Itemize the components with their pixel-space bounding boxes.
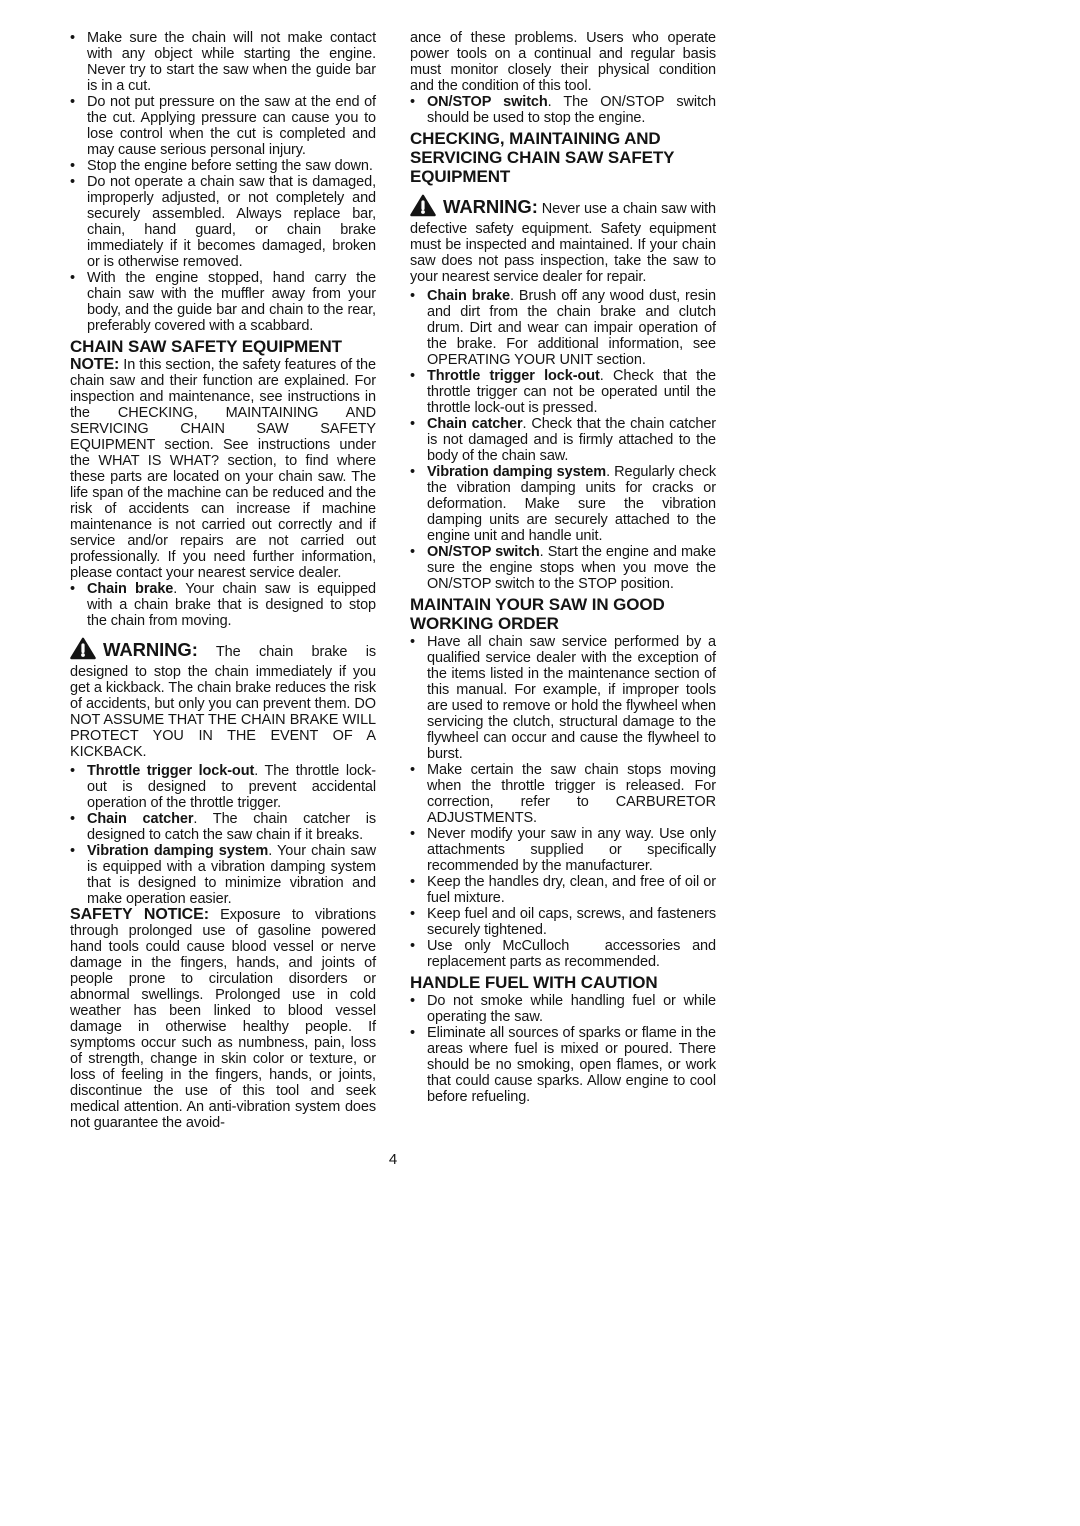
- bullet-marker: •: [410, 874, 427, 906]
- bullet-text: Chain catcher. The chain catcher is desi…: [87, 811, 376, 843]
- bullet-text: Vibration damping system. Regularly chec…: [427, 464, 716, 544]
- bullet-text: Stop the engine before setting the saw d…: [87, 158, 376, 174]
- bullet-marker: •: [410, 634, 427, 762]
- warning-text: WARNING: Never use a chain saw with defe…: [410, 194, 716, 285]
- page-number: 4: [70, 1151, 716, 1168]
- section-heading-maintain-your-saw: MAINTAIN YOUR SAW IN GOOD WORKING ORDER: [410, 595, 716, 633]
- bullet-marker: •: [410, 464, 427, 544]
- bullet-marker: •: [410, 993, 427, 1025]
- section-heading-handle-fuel: HANDLE FUEL WITH CAUTION: [410, 973, 716, 992]
- list-item: • Chain brake. Brush off any wood dust, …: [410, 288, 716, 368]
- bullet-marker: •: [410, 416, 427, 464]
- bullet-text: Do not put pressure on the saw at the en…: [87, 94, 376, 158]
- bullet-text: Make sure the chain will not make contac…: [87, 30, 376, 94]
- list-item: • With the engine stopped, hand carry th…: [70, 270, 376, 334]
- bullet-text: Eliminate all sources of sparks or flame…: [427, 1025, 716, 1105]
- list-item: • Make certain the saw chain stops movin…: [410, 762, 716, 826]
- bullet-text: Do not smoke while handling fuel or whil…: [427, 993, 716, 1025]
- list-item: • Throttle trigger lock-out. The throttl…: [70, 763, 376, 811]
- list-item: • Chain brake. Your chain saw is equippe…: [70, 581, 376, 629]
- list-item: • Chain catcher. Check that the chain ca…: [410, 416, 716, 464]
- bullet-text: Keep the handles dry, clean, and free of…: [427, 874, 716, 906]
- bullet-text: ON/STOP switch. The ON/STOP switch shoul…: [427, 94, 716, 126]
- list-item: • ON/STOP switch. The ON/STOP switch sho…: [410, 94, 716, 126]
- bullet-marker: •: [410, 906, 427, 938]
- bullet-text: Chain catcher. Check that the chain catc…: [427, 416, 716, 464]
- list-item: • Make sure the chain will not make cont…: [70, 30, 376, 94]
- list-item: • Keep the handles dry, clean, and free …: [410, 874, 716, 906]
- bullet-text: Do not operate a chain saw that is damag…: [87, 174, 376, 270]
- list-item: • Chain catcher. The chain catcher is de…: [70, 811, 376, 843]
- bullet-marker: •: [70, 30, 87, 94]
- bullet-marker: •: [410, 288, 427, 368]
- list-item: • Vibration damping system. Regularly ch…: [410, 464, 716, 544]
- warning-triangle-icon: [410, 194, 436, 221]
- right-column: ance of these problems. Users who operat…: [410, 30, 716, 1131]
- warning-triangle-icon: [70, 637, 96, 664]
- bullet-text: ON/STOP switch. Start the engine and mak…: [427, 544, 716, 592]
- bullet-text: Never modify your saw in any way. Use on…: [427, 826, 716, 874]
- bullet-text: Throttle trigger lock-out. Check that th…: [427, 368, 716, 416]
- bullet-marker: •: [410, 368, 427, 416]
- bullet-text: Chain brake. Your chain saw is equipped …: [87, 581, 376, 629]
- bullet-marker: •: [410, 762, 427, 826]
- list-item: • Vibration damping system. Your chain s…: [70, 843, 376, 907]
- page-content: • Make sure the chain will not make cont…: [70, 30, 716, 1168]
- bullet-marker: •: [410, 826, 427, 874]
- warning-text: WARNING: The chain brake is designed to …: [70, 637, 376, 760]
- bullet-text: Have all chain saw service performed by …: [427, 634, 716, 762]
- bullet-marker: •: [70, 174, 87, 270]
- list-item: • Stop the engine before setting the saw…: [70, 158, 376, 174]
- manual-page: • Make sure the chain will not make cont…: [0, 0, 1080, 1526]
- safety-notice-paragraph: SAFETY NOTICE: Exposure to vibrations th…: [70, 907, 376, 1131]
- bullet-marker: •: [410, 94, 427, 126]
- bullet-text: Use only McCulloch accessories and repla…: [427, 938, 716, 970]
- bullet-marker: •: [410, 544, 427, 592]
- bullet-marker: •: [70, 581, 87, 629]
- safety-notice-label: SAFETY NOTICE:: [70, 906, 209, 923]
- bullet-marker: •: [410, 938, 427, 970]
- warning-label: WARNING:: [103, 639, 198, 660]
- list-item: • Keep fuel and oil caps, screws, and fa…: [410, 906, 716, 938]
- bullet-text: Vibration damping system. Your chain saw…: [87, 843, 376, 907]
- warning-label: WARNING:: [443, 196, 538, 217]
- bullet-marker: •: [410, 1025, 427, 1105]
- bullet-marker: •: [70, 158, 87, 174]
- bullet-text: With the engine stopped, hand carry the …: [87, 270, 376, 334]
- list-item: • Eliminate all sources of sparks or fla…: [410, 1025, 716, 1105]
- bullet-marker: •: [70, 811, 87, 843]
- section-heading-checking-maintaining: CHECKING, MAINTAINING AND SERVICING CHAI…: [410, 129, 716, 186]
- left-column: • Make sure the chain will not make cont…: [70, 30, 376, 1131]
- list-item: • Do not put pressure on the saw at the …: [70, 94, 376, 158]
- note-paragraph: NOTE: In this section, the safety featur…: [70, 357, 376, 581]
- continuation-paragraph: ance of these problems. Users who operat…: [410, 30, 716, 94]
- section-heading-chain-saw-safety-equipment: CHAIN SAW SAFETY EQUIPMENT: [70, 337, 376, 356]
- note-label: NOTE:: [70, 356, 119, 373]
- list-item: • Throttle trigger lock-out. Check that …: [410, 368, 716, 416]
- list-item: • Do not smoke while handling fuel or wh…: [410, 993, 716, 1025]
- bullet-text: Keep fuel and oil caps, screws, and fast…: [427, 906, 716, 938]
- bullet-text: Throttle trigger lock-out. The throttle …: [87, 763, 376, 811]
- bullet-text: Make certain the saw chain stops moving …: [427, 762, 716, 826]
- list-item: • Use only McCulloch accessories and rep…: [410, 938, 716, 970]
- bullet-marker: •: [70, 763, 87, 811]
- list-item: • Have all chain saw service performed b…: [410, 634, 716, 762]
- list-item: • ON/STOP switch. Start the engine and m…: [410, 544, 716, 592]
- bullet-text: Chain brake. Brush off any wood dust, re…: [427, 288, 716, 368]
- warning-block: WARNING: The chain brake is designed to …: [70, 637, 376, 760]
- list-item: • Never modify your saw in any way. Use …: [410, 826, 716, 874]
- warning-block: WARNING: Never use a chain saw with defe…: [410, 194, 716, 285]
- bullet-marker: •: [70, 843, 87, 907]
- list-item: • Do not operate a chain saw that is dam…: [70, 174, 376, 270]
- bullet-marker: •: [70, 270, 87, 334]
- bullet-marker: •: [70, 94, 87, 158]
